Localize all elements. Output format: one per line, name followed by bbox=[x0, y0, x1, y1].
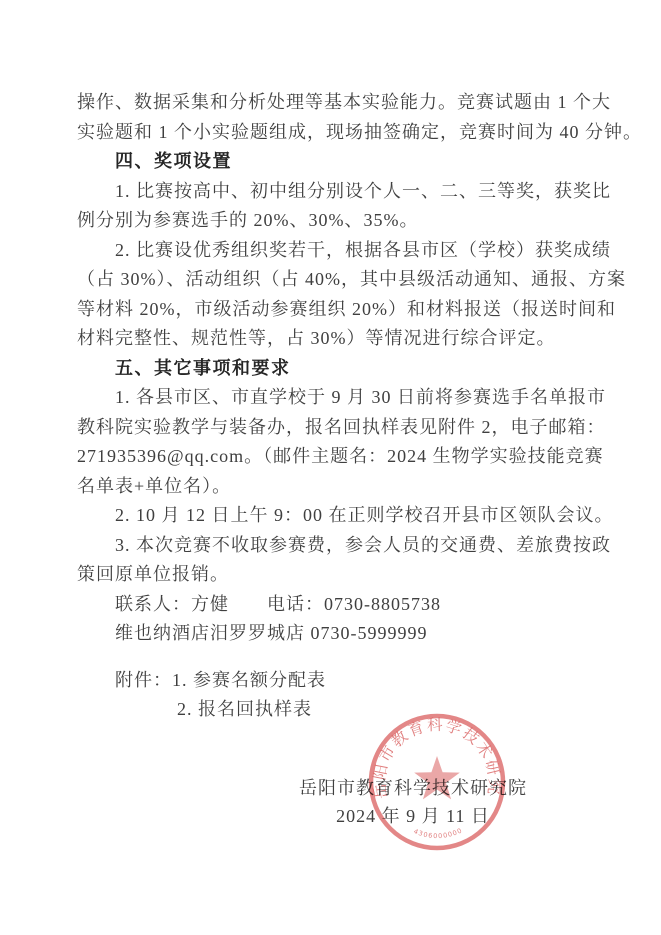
doc-line: 2. 报名回执样表 bbox=[77, 695, 597, 725]
signature-date: 2024 年 9 月 11 日 bbox=[283, 802, 543, 830]
doc-line: 联系人：方健 电话：0730-8805738 bbox=[77, 590, 597, 620]
doc-line: （占 30%）、活动组织（占 40%，其中县级活动通知、通报、方案 bbox=[77, 265, 597, 295]
signature-org: 岳阳市教育科学技术研究院 bbox=[283, 774, 543, 802]
doc-line: 实验题和 1 个小实验题组成，现场抽签确定，竞赛时间为 40 分钟。 bbox=[77, 118, 597, 148]
doc-line: 等材料 20%，市级活动参赛组织 20%）和材料报送（报送时间和 bbox=[77, 295, 597, 325]
doc-line: 271935396@qq.com。（邮件主题名：2024 生物学实验技能竞赛 bbox=[77, 442, 597, 472]
section-heading: 四、奖项设置 bbox=[77, 147, 597, 177]
doc-line: 1. 各县市区、市直学校于 9 月 30 日前将参赛选手名单报市 bbox=[77, 383, 597, 413]
doc-line: 附件：1. 参赛名额分配表 bbox=[77, 666, 597, 696]
signature-block: 岳阳市教育科学技术研究院 2024 年 9 月 11 日 bbox=[283, 774, 543, 830]
doc-line: 策回原单位报销。 bbox=[77, 560, 597, 590]
doc-line: 操作、数据采集和分析处理等基本实验能力。竞赛试题由 1 个大 bbox=[77, 88, 597, 118]
doc-line: 2. 10 月 12 日上午 9：00 在正则学校召开县市区领队会议。 bbox=[77, 501, 597, 531]
doc-line: 名单表+单位名）。 bbox=[77, 472, 597, 502]
doc-line: 例分别为参赛选手的 20%、30%、35%。 bbox=[77, 206, 597, 236]
document-page: 操作、数据采集和分析处理等基本实验能力。竞赛试题由 1 个大实验题和 1 个小实… bbox=[0, 0, 661, 935]
doc-line: 2. 比赛设优秀组织奖若干，根据各县市区（学校）获奖成绩 bbox=[77, 236, 597, 266]
doc-line: 3. 本次竞赛不收取参赛费，参会人员的交通费、差旅费按政 bbox=[77, 531, 597, 561]
doc-line: 材料完整性、规范性等，占 30%）等情况进行综合评定。 bbox=[77, 324, 597, 354]
document-body: 操作、数据采集和分析处理等基本实验能力。竞赛试题由 1 个大实验题和 1 个小实… bbox=[77, 88, 597, 725]
blank-line bbox=[77, 649, 597, 666]
doc-line: 1. 比赛按高中、初中组分别设个人一、二、三等奖，获奖比 bbox=[77, 177, 597, 207]
doc-line: 维也纳酒店汨罗罗城店 0730-5999999 bbox=[77, 619, 597, 649]
section-heading: 五、其它事项和要求 bbox=[77, 354, 597, 384]
doc-line: 教科院实验教学与装备办，报名回执样表见附件 2，电子邮箱： bbox=[77, 413, 597, 443]
